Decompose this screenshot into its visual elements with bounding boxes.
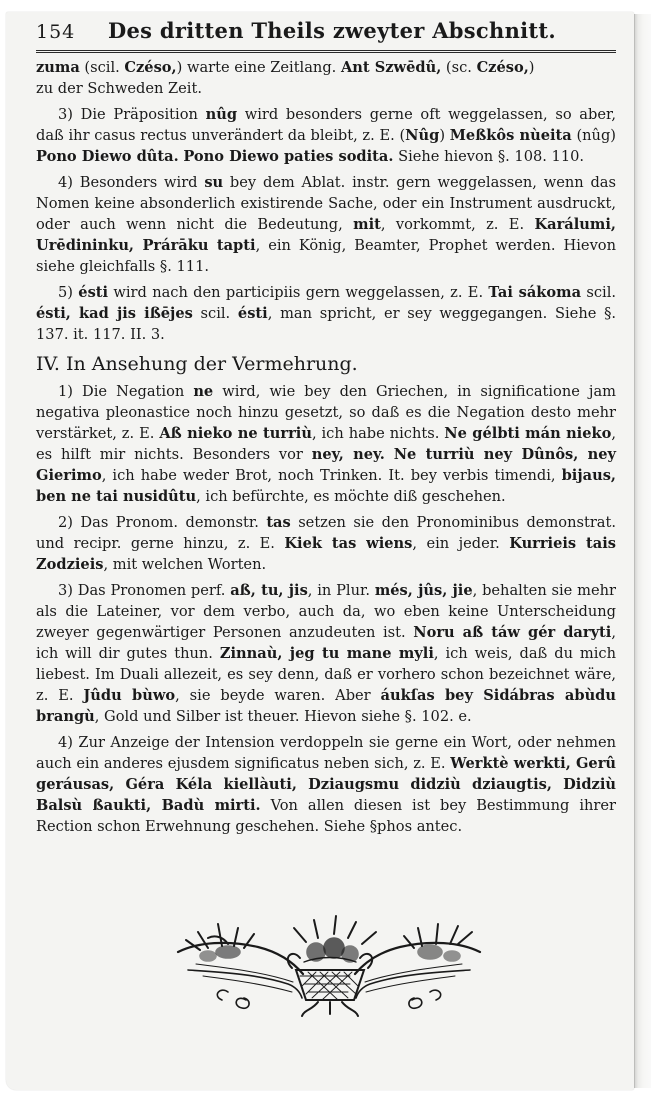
page-content: 154 Des dritten Theils zweyter Abschnitt… [36, 18, 616, 837]
lithuanian-term: Nûg [405, 127, 439, 144]
text-run: scil. [193, 305, 238, 322]
lithuanian-term: zuma [36, 59, 80, 76]
adjacent-page-edge [634, 14, 651, 1088]
lithuanian-term: mit [353, 216, 381, 233]
lithuanian-term: Aß nieko ne turriù [159, 425, 312, 442]
text-run: wird nach den participiis gern weggelass… [108, 284, 488, 301]
text-run: , mit welchen Worten. [103, 556, 266, 573]
text-run: Siehe hievon §. 108. 110. [393, 148, 584, 165]
text-run: ) [529, 59, 535, 76]
lithuanian-term: tas [266, 514, 290, 531]
text-run: (scil. [80, 59, 125, 76]
paragraph-3: 3) Die Präposition nûg wird besonders ge… [36, 104, 616, 167]
lithuanian-term: Jûdu bùwo [83, 687, 175, 704]
text-run: , Gold und Silber ist theuer. Hievon sie… [95, 708, 472, 725]
text-run: , ein jeder. [412, 535, 509, 552]
lithuanian-term: més, jûs, jie [375, 582, 473, 599]
text-run: ) warte eine Zeitlang. [177, 59, 341, 76]
section-iv-paragraph-3: 3) Das Pronomen perf. aß, tu, jis, in Pl… [36, 580, 616, 727]
text-run: , sie beyde waren. Aber [175, 687, 380, 704]
lithuanian-term: Tai sákoma [488, 284, 581, 301]
text-run: (sc. [441, 59, 476, 76]
fruit-basket-cornucopia-vignette-icon [168, 912, 490, 1018]
lithuanian-term: ésti [78, 284, 108, 301]
text-run: ) [439, 127, 449, 144]
section-iv-paragraph-1: 1) Die Negation ne wird, wie bey den Gri… [36, 381, 616, 507]
lithuanian-term: Czéso, [124, 59, 176, 76]
lithuanian-term: Pono Diewo dûta. [36, 148, 179, 165]
page-number: 154 [36, 21, 108, 43]
section-iv-paragraph-4: 4) Zur Anzeige der Intension verdoppeln … [36, 732, 616, 837]
text-run: zu der Schweden Zeit. [36, 80, 202, 97]
lithuanian-term: Kiek tas wiens [284, 535, 412, 552]
text-run: , in Plur. [308, 582, 375, 599]
lithuanian-term: ésti, kad jis ißējes [36, 305, 193, 322]
lithuanian-term: aß, tu, jis [230, 582, 308, 599]
lithuanian-term: Noru aß táw gér daryti [413, 624, 611, 641]
text-run: (nûg) [572, 127, 616, 144]
text-run: scil. [581, 284, 616, 301]
lithuanian-term: Zinnaù, jeg tu mane myli [220, 645, 434, 662]
text-run: 2) Das Pronom. demonstr. [58, 514, 266, 531]
text-run: , vorkommt, z. E. [381, 216, 535, 233]
lithuanian-term: ney, ney. [312, 446, 385, 463]
lithuanian-term: su [204, 174, 223, 191]
lithuanian-term: Pono Diewo paties sodita. [183, 148, 393, 165]
section-heading-iv: IV. In Ansehung der Vermehrung. [36, 351, 616, 377]
text-run: 3) Die Präposition [58, 106, 206, 123]
lithuanian-term: Czéso, [477, 59, 529, 76]
running-head-title: Des dritten Theils zweyter Abschnitt. [108, 18, 556, 43]
lithuanian-term: ne [193, 383, 213, 400]
lithuanian-term: Ant Szwēdû, [341, 59, 441, 76]
text-run: , ich habe weder Brot, noch Trinken. It.… [102, 467, 562, 484]
text-run: , ich habe nichts. [312, 425, 444, 442]
text-run: 5) [58, 284, 78, 301]
text-run: , ich befürchte, es möchte diß geschehen… [196, 488, 506, 505]
paragraph-5: 5) ésti wird nach den participiis gern w… [36, 282, 616, 345]
running-head: 154 Des dritten Theils zweyter Abschnitt… [36, 18, 616, 53]
lithuanian-term: ésti [238, 305, 268, 322]
text-run [385, 446, 394, 463]
text-run: 4) Besonders wird [58, 174, 204, 191]
text-run: 3) Das Pronomen perf. [58, 582, 230, 599]
section-iv-paragraph-2: 2) Das Pronom. demonstr. tas setzen sie … [36, 512, 616, 575]
lithuanian-term: nûg [206, 106, 237, 123]
paragraph-4: 4) Besonders wird su bey dem Ablat. inst… [36, 172, 616, 277]
paragraph-continuation: zuma (scil. Czéso,) warte eine Zeitlang.… [36, 57, 616, 99]
lithuanian-term: Ne gélbti mán nieko [444, 425, 611, 442]
text-run: 1) Die Negation [58, 383, 193, 400]
lithuanian-term: Meßkôs nùeita [450, 127, 572, 144]
